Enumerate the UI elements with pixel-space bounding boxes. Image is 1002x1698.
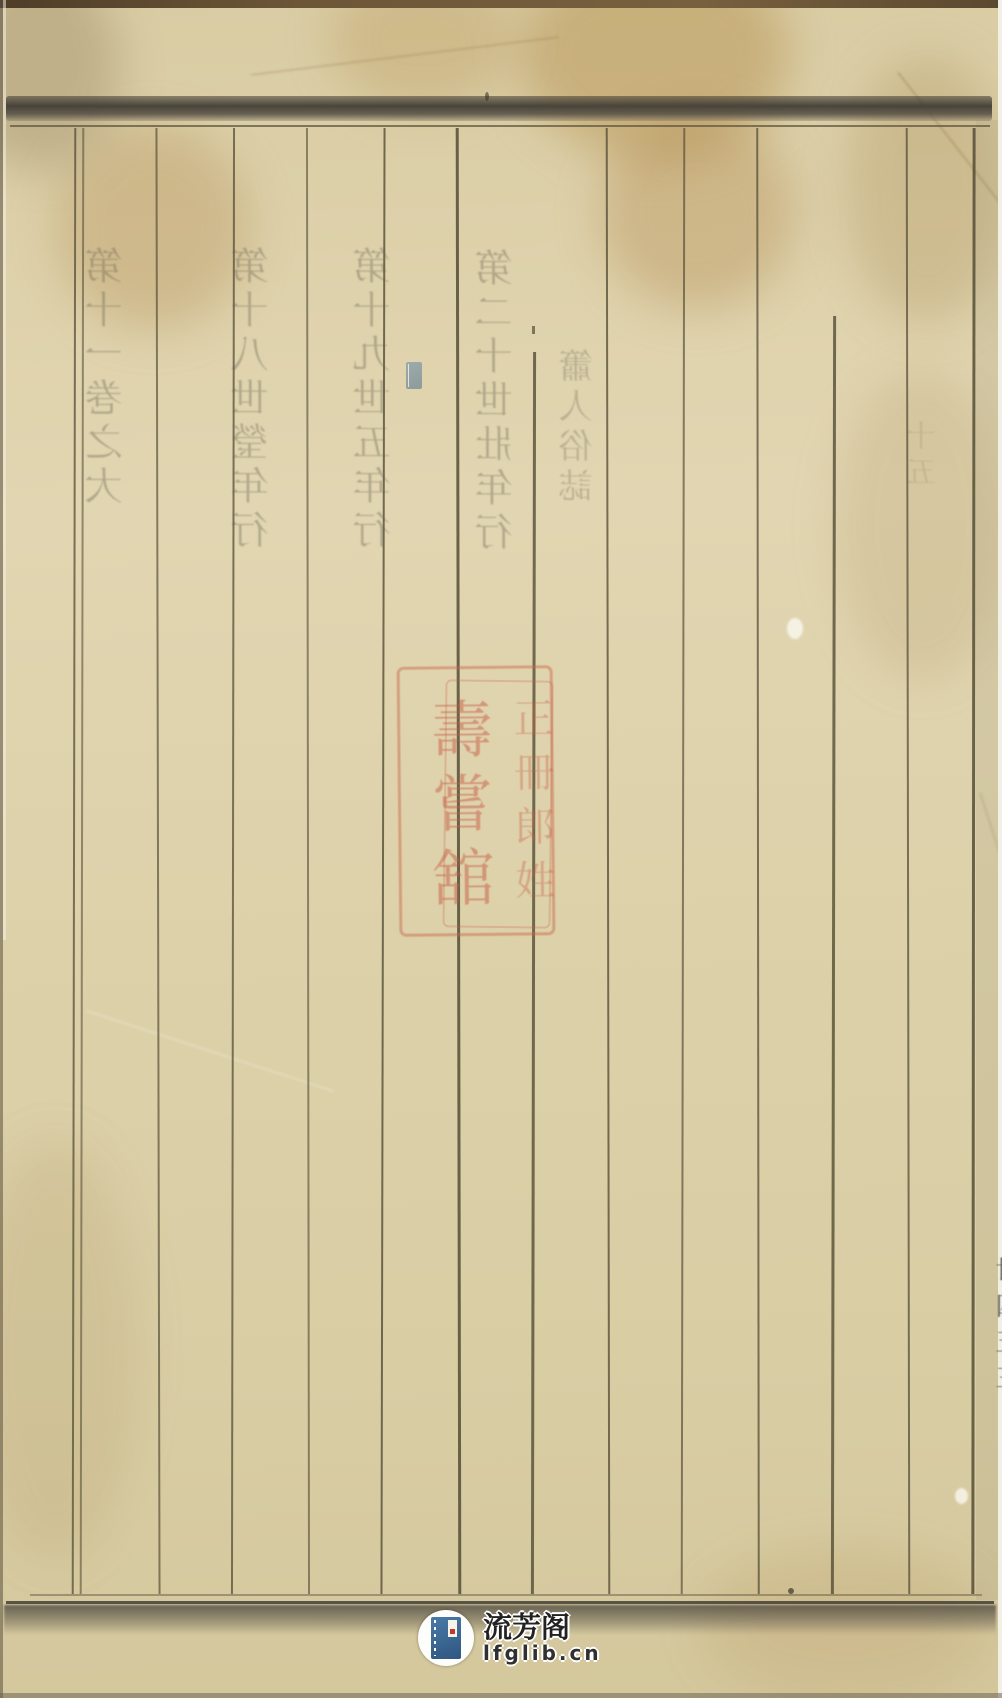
paper-fleck — [955, 1488, 968, 1504]
frame-rule-bottom-inner — [30, 1594, 982, 1596]
scan-left-gap — [3, 0, 6, 940]
bleedthrough-column: 第二十世壯年行 — [478, 248, 516, 556]
scan-right-edge — [998, 0, 1002, 1698]
water-stain — [0, 1140, 140, 1560]
column-rule — [831, 316, 836, 1594]
column-rule — [72, 128, 77, 1594]
frame-rule-bottom — [6, 1601, 994, 1604]
book-top-edge — [0, 0, 1002, 8]
scanned-page: 第十一巻之大 第十八世瑩年行 第十九世五年行 第二十世壯年行 簫人俗誌 十五 壽… — [0, 0, 1002, 1698]
bleedthrough-column: 第十一巻之大 — [88, 246, 126, 510]
watermark-site-domain: lfglib.cn — [483, 1643, 602, 1664]
water-stain — [520, 0, 790, 160]
mini-book-watermark-icon — [406, 362, 422, 389]
column-rule — [906, 128, 911, 1594]
paper-fleck — [787, 618, 803, 639]
column-rule — [971, 128, 975, 1594]
watermark-circle — [418, 1610, 474, 1666]
book-title-label — [448, 1620, 457, 1637]
bleedthrough-column: 簫人俗誌 — [562, 348, 596, 508]
water-stain — [600, 115, 795, 310]
ink-speck — [788, 1588, 794, 1594]
column-rule — [756, 128, 760, 1594]
ink-speck — [485, 92, 489, 101]
adjacent-page-text-fragments: 世四五三 — [988, 1256, 1002, 1400]
paper-crease — [86, 1010, 334, 1092]
column-rule — [681, 128, 686, 1594]
column-rule-dash — [532, 326, 535, 334]
column-rule — [606, 128, 611, 1594]
column-rule — [155, 128, 160, 1594]
site-watermark: 流芳阁 lfglib.cn — [418, 1610, 602, 1666]
corner-shadow — [0, 0, 120, 170]
column-rule — [80, 128, 85, 1594]
binding-bar-top — [6, 96, 992, 121]
bleedthrough-column: 第十八世瑩年行 — [234, 246, 272, 554]
column-rule — [531, 352, 536, 1594]
book-bottom-edge — [0, 1693, 1002, 1698]
paper-crease — [251, 36, 559, 76]
frame-rule-top — [10, 125, 990, 127]
bleedthrough-column: 第十九世五年行 — [356, 246, 394, 554]
bleedthrough-column: 十五 — [910, 420, 940, 492]
thread-bound-book-icon — [431, 1617, 461, 1659]
column-rule — [306, 128, 310, 1594]
red-seal-ghost-impression — [442, 679, 553, 928]
watermark-site-name: 流芳阁 — [483, 1612, 602, 1642]
